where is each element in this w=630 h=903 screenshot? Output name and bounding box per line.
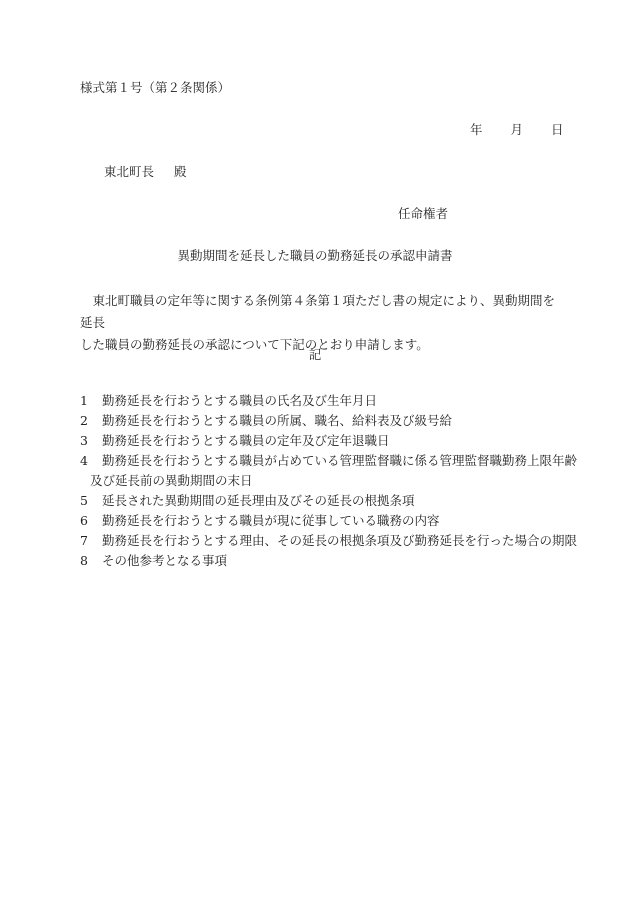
- item-number: 5: [80, 491, 102, 511]
- addressee: 東北町長殿: [104, 164, 187, 180]
- list-item: 7勤務延長を行おうとする理由、その延長の根拠条項及び勤務延長を行った場合の期限: [80, 531, 560, 551]
- item-text: 延長された異動期間の延長理由及びその延長の根拠条項: [102, 493, 415, 508]
- item-number: 1: [80, 391, 102, 411]
- list-item: 8その他参考となる事項: [80, 551, 560, 571]
- document-title: 異動期間を延長した職員の勤務延長の承認申請書: [0, 248, 630, 264]
- item-text: 勤務延長を行おうとする職員の定年及び定年退職日: [102, 433, 390, 448]
- addressee-honorific: 殿: [174, 164, 187, 179]
- item-number: 4: [80, 451, 102, 471]
- list-item: 3勤務延長を行おうとする職員の定年及び定年退職日: [80, 431, 560, 451]
- list-item-continuation: 及び延長前の異動期間の末日: [80, 471, 560, 491]
- month-label: 月: [511, 122, 524, 138]
- ki-heading: 記: [0, 347, 630, 363]
- item-text: 勤務延長を行おうとする職員の所属、職名、給料表及び級号給: [102, 413, 452, 428]
- item-text: 勤務延長を行おうとする職員が占めている管理監督職に係る管理監督職勤務上限年齢: [102, 453, 577, 468]
- item-list: 1勤務延長を行おうとする職員の氏名及び生年月日 2勤務延長を行おうとする職員の所…: [80, 391, 560, 571]
- item-text: 勤務延長を行おうとする理由、その延長の根拠条項及び勤務延長を行った場合の期限: [102, 533, 577, 548]
- date-line: 年月日: [470, 122, 564, 138]
- item-number: 3: [80, 431, 102, 451]
- appointer-label: 任命権者: [398, 206, 448, 222]
- item-number: 6: [80, 511, 102, 531]
- body-line: 東北町職員の定年等に関する条例第４条第１項ただし書の規定により、異動期間を延長: [80, 290, 560, 334]
- form-number: 様式第１号（第２条関係）: [80, 80, 230, 96]
- year-label: 年: [470, 122, 483, 138]
- item-number: 8: [80, 551, 102, 571]
- list-item: 6勤務延長を行おうとする職員が現に従事している職務の内容: [80, 511, 560, 531]
- addressee-name: 東北町長: [104, 164, 154, 179]
- list-item: 5延長された異動期間の延長理由及びその延長の根拠条項: [80, 491, 560, 511]
- item-text: 勤務延長を行おうとする職員の氏名及び生年月日: [102, 393, 377, 408]
- list-item: 1勤務延長を行おうとする職員の氏名及び生年月日: [80, 391, 560, 411]
- item-number: 2: [80, 411, 102, 431]
- item-text: 勤務延長を行おうとする職員が現に従事している職務の内容: [102, 513, 440, 528]
- list-item: 2勤務延長を行おうとする職員の所属、職名、給料表及び級号給: [80, 411, 560, 431]
- item-number: 7: [80, 531, 102, 551]
- list-item: 4勤務延長を行おうとする職員が占めている管理監督職に係る管理監督職勤務上限年齢: [80, 451, 560, 471]
- day-label: 日: [551, 122, 564, 138]
- item-text: その他参考となる事項: [102, 553, 227, 568]
